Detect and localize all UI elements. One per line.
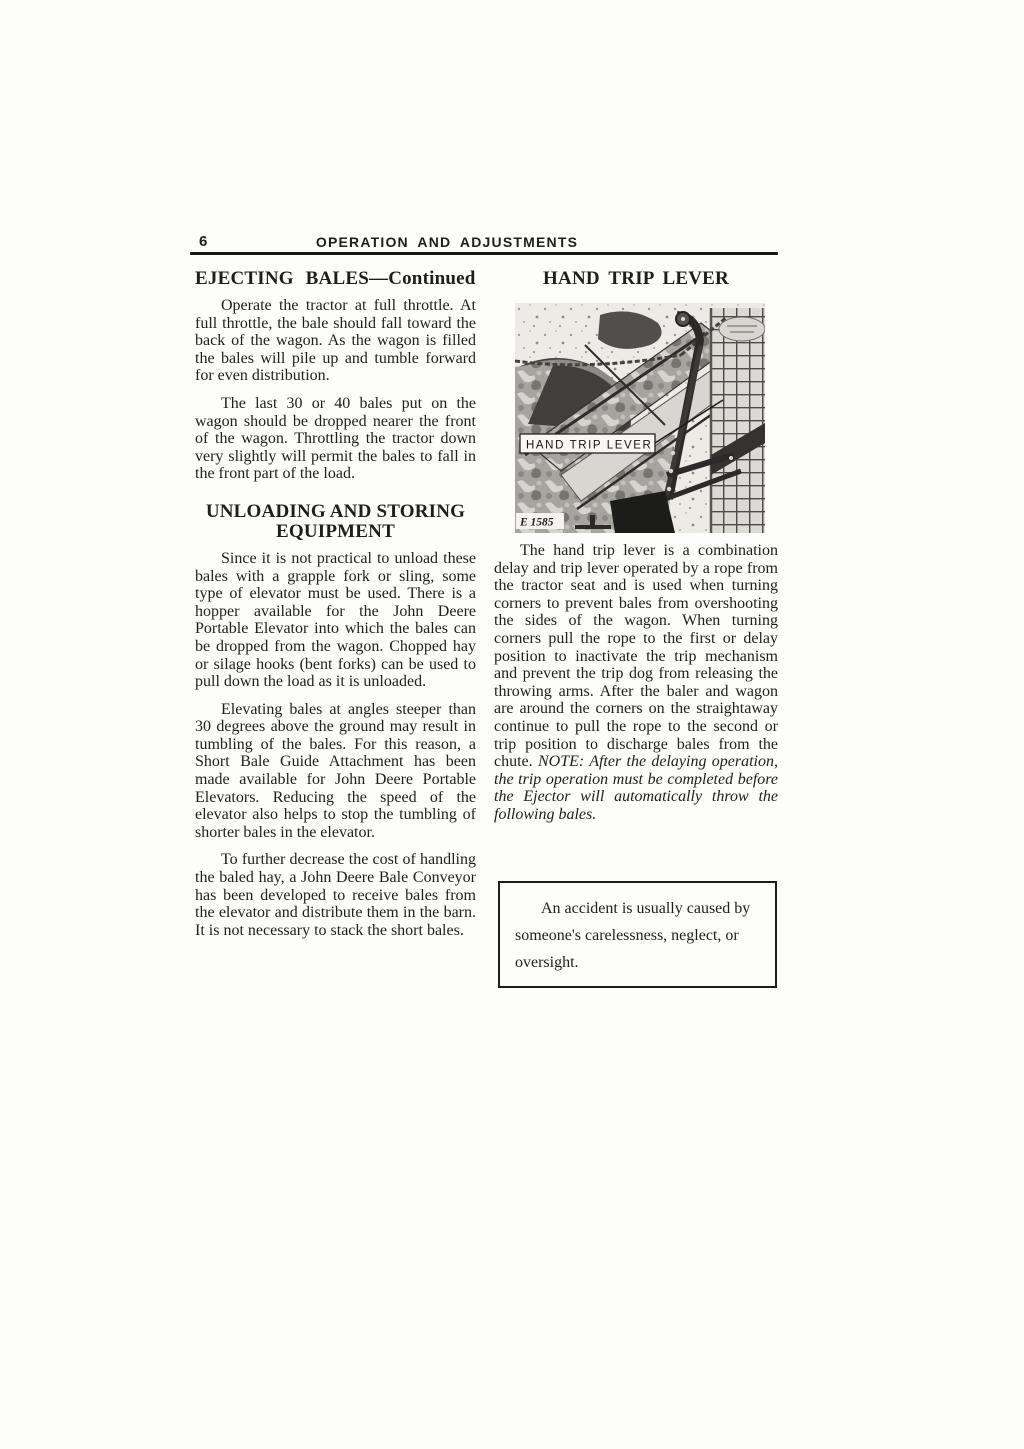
heading-unloading-storing: UNLOADING AND STORING EQUIPMENT bbox=[195, 502, 476, 543]
heading-ejecting-bales: EJECTING BALES—Continued bbox=[195, 267, 476, 290]
baler-mechanism-photo: HAND TRIP LEVER E 1585 bbox=[515, 303, 765, 533]
paragraph-unloading-2: Elevating bales at angles steeper than 3… bbox=[195, 701, 476, 842]
paragraph-hand-trip: The hand trip lever is a combination del… bbox=[494, 542, 778, 824]
paragraph-hand-trip-text: The hand trip lever is a combination del… bbox=[494, 542, 778, 770]
figure-hand-trip-lever-photo: HAND TRIP LEVER E 1585 bbox=[515, 303, 765, 533]
paragraph-ejecting-1: Operate the tractor at full throttle. At… bbox=[195, 297, 476, 385]
paragraph-unloading-3: To further decrease the cost of handling… bbox=[195, 851, 476, 939]
heading-line-2: EQUIPMENT bbox=[195, 522, 476, 543]
header-rule bbox=[190, 252, 778, 255]
heading-hand-trip-lever: HAND TRIP LEVER bbox=[494, 267, 778, 290]
manual-page: 6 OPERATION AND ADJUSTMENTS EJECTING BAL… bbox=[0, 0, 1024, 1449]
figure-caption-group: E 1585 bbox=[516, 513, 564, 529]
wagon-mesh bbox=[711, 308, 765, 533]
safety-note-text: An accident is usually caused by someone… bbox=[515, 895, 760, 976]
paragraph-ejecting-2: The last 30 or 40 bales put on the wagon… bbox=[195, 395, 476, 483]
figure-label-hand-trip-lever: HAND TRIP LEVER bbox=[526, 440, 652, 452]
paragraph-unloading-1: Since it is not practical to unload thes… bbox=[195, 550, 476, 691]
photo-badge bbox=[719, 317, 765, 341]
figure-caption: E 1585 bbox=[519, 517, 554, 529]
left-column: EJECTING BALES—Continued Operate the tra… bbox=[195, 267, 476, 949]
safety-note-box: An accident is usually caused by someone… bbox=[498, 881, 777, 988]
running-header-title: OPERATION AND ADJUSTMENTS bbox=[190, 234, 704, 250]
right-column: HAND TRIP LEVER bbox=[494, 267, 778, 988]
paragraph-hand-trip-note: NOTE: After the delaying operation, the … bbox=[494, 753, 778, 823]
heading-line-1: UNLOADING AND STORING bbox=[195, 502, 476, 523]
